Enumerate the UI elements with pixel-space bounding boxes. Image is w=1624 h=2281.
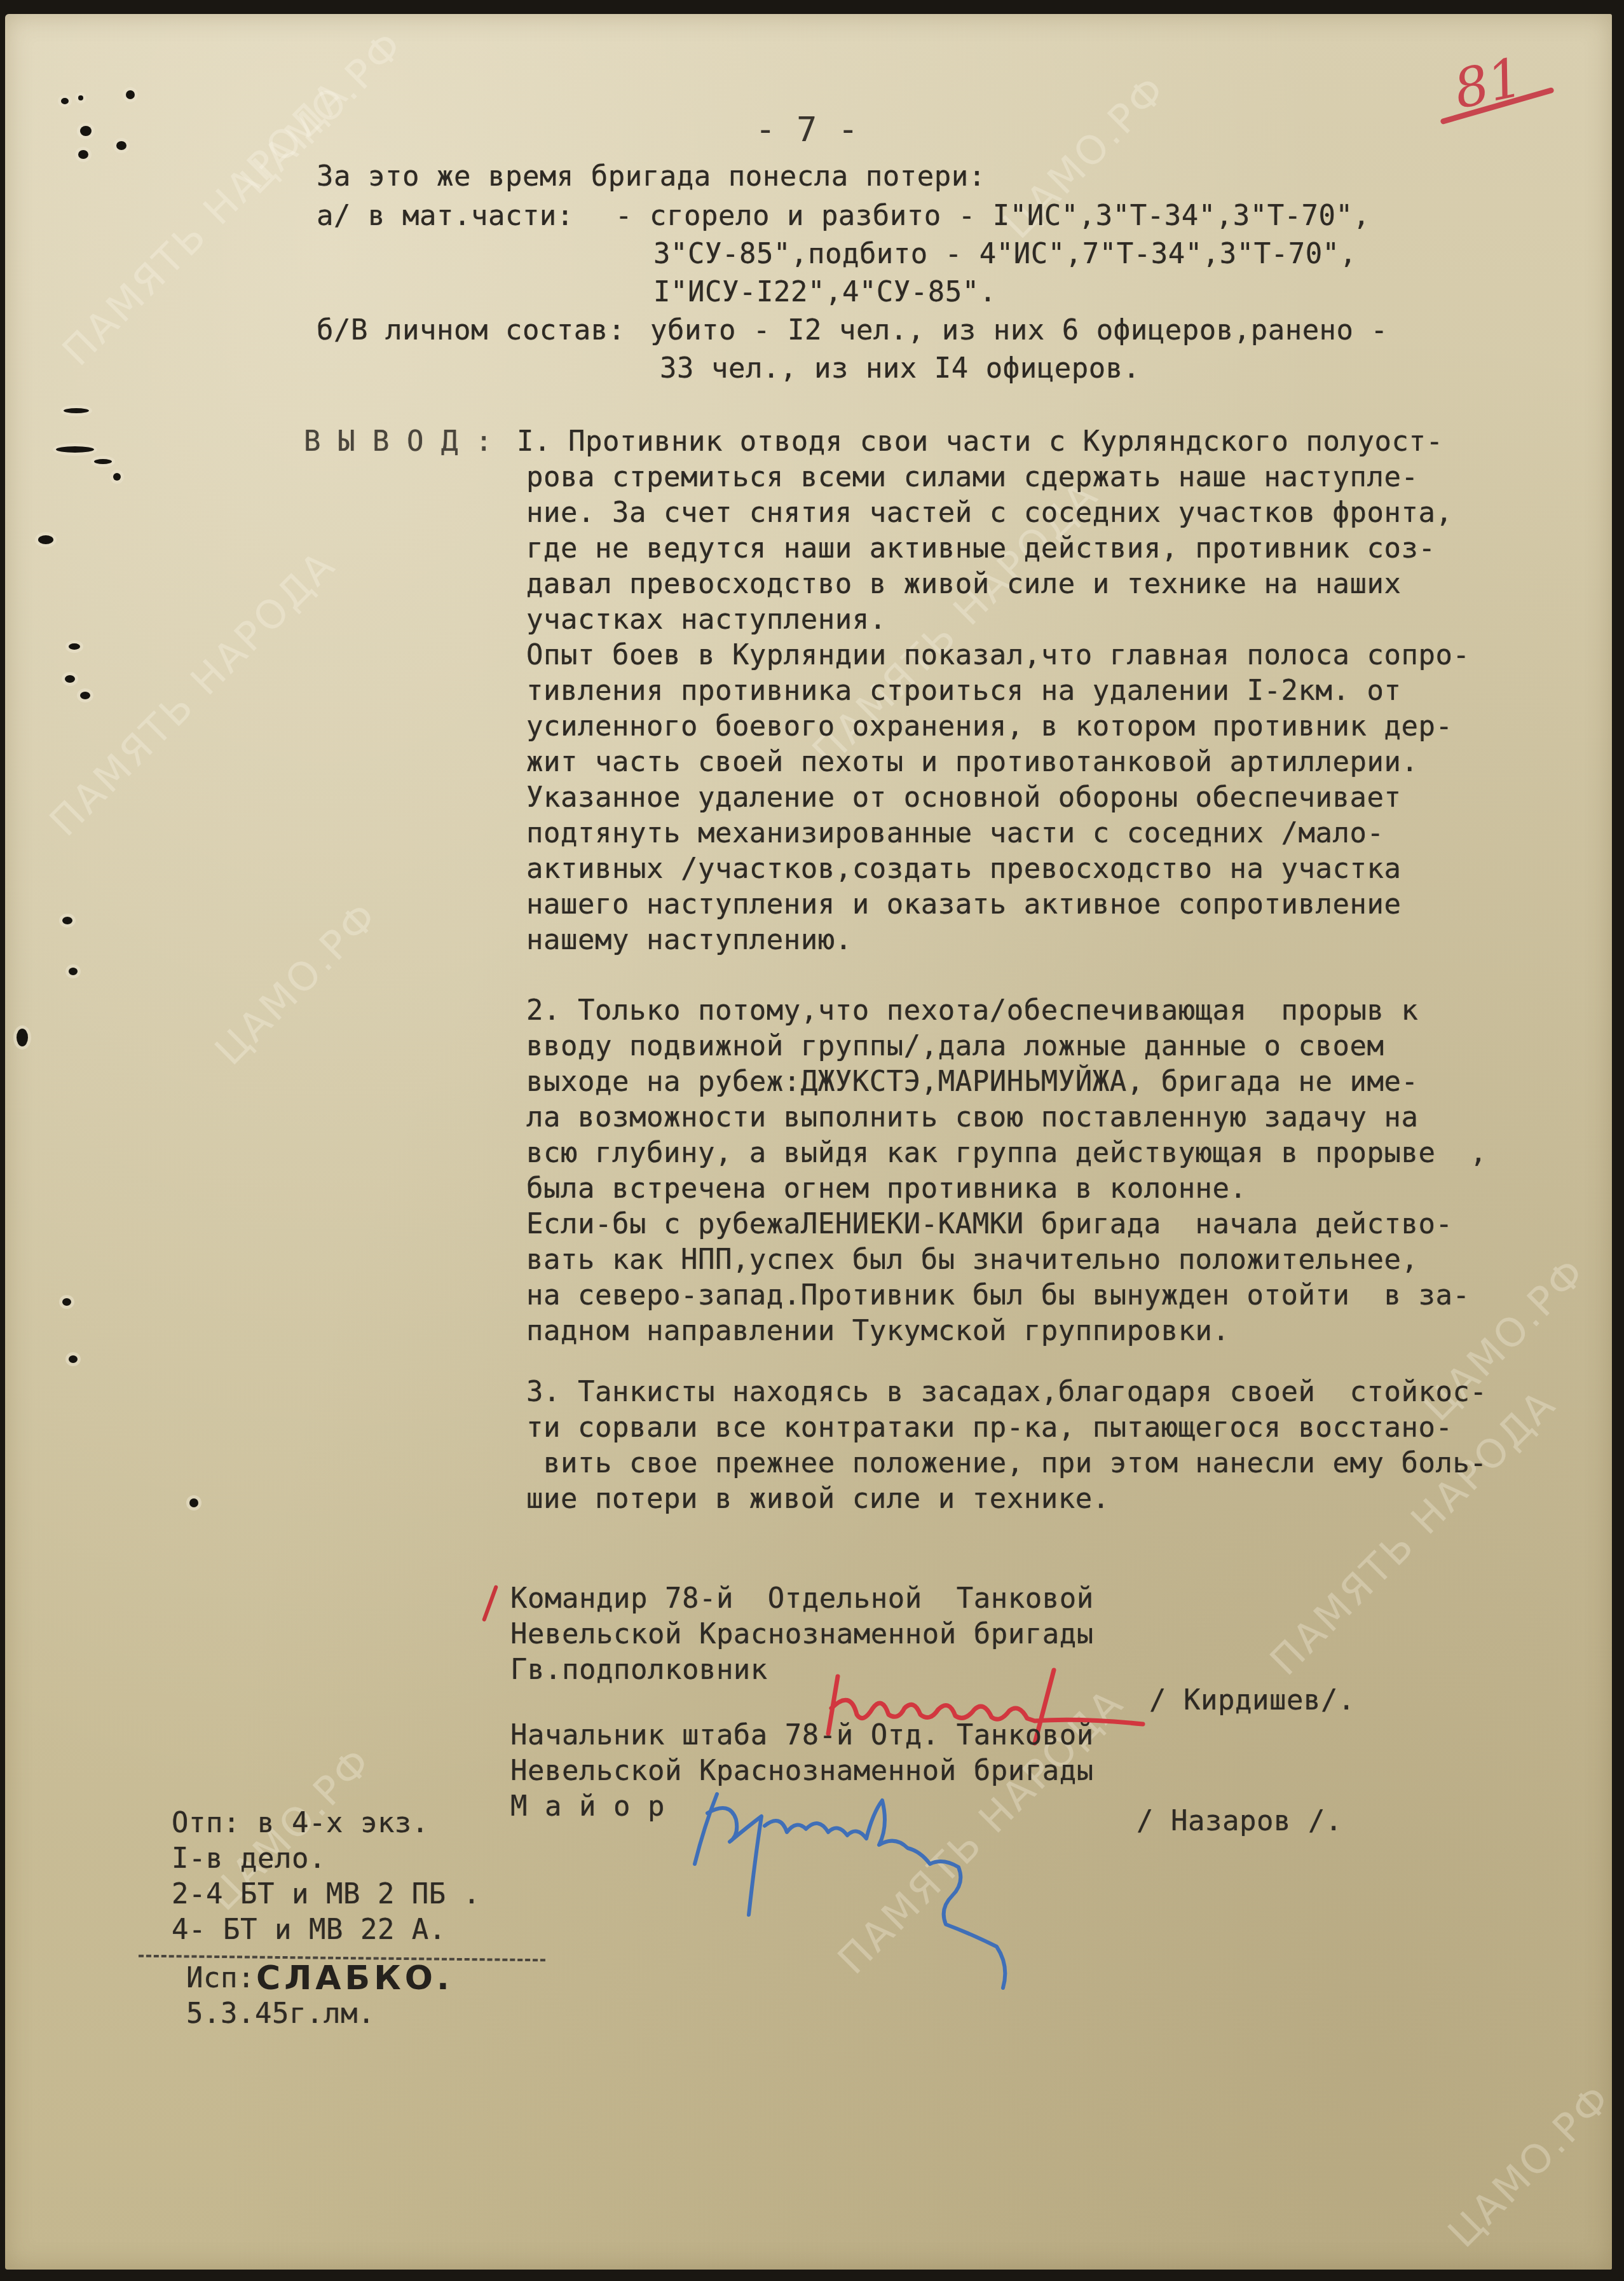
losses-personnel-line: 33 чел., из них I4 офицеров. — [660, 351, 1140, 387]
losses-material-line: 3"СУ-85",подбито - 4"ИС",7"Т-34",3"Т-70"… — [653, 236, 1357, 272]
watermark-tsamo: ЦАМО.РФ — [1442, 2078, 1618, 2254]
watermark-tsamo: ЦАМО.РФ — [208, 895, 385, 1072]
binding-hole — [80, 126, 92, 136]
binding-hole — [116, 141, 126, 150]
text-line: ла возможности выполнить свою поставленн… — [526, 1100, 1487, 1135]
text-line: на северо-запад.Противник был бы вынужде… — [526, 1278, 1487, 1313]
distribution-list: Отп: в 4-х экз. I-в дело. 2-4 БТ и МВ 2 … — [172, 1805, 481, 1948]
binding-hole — [69, 968, 78, 975]
binding-hole — [69, 1355, 78, 1363]
commander-title-line: Невельской Краснознаменной бригады — [510, 1617, 1094, 1652]
executor-label: Исп: — [186, 1961, 255, 1996]
conclusion-point-2: 2. Только потому,что пехота/обеспечивающ… — [526, 993, 1487, 1349]
text-line: подтянуть механизированные части с сосед… — [526, 816, 1470, 851]
document-date: 5.3.45г.лм. — [186, 1996, 375, 2032]
text-line: 3. Танкисты находясь в засадах,благодаря… — [526, 1374, 1487, 1410]
binding-hole — [126, 90, 135, 99]
chief-of-staff-name: / Назаров /. — [1136, 1804, 1342, 1839]
text-line: давал превосходство в живой силе и техни… — [526, 566, 1470, 602]
binding-hole — [61, 98, 69, 104]
binding-hole — [38, 535, 53, 544]
binding-hole — [69, 643, 80, 650]
executor-name-stamp: СЛАБКО. — [256, 1959, 453, 1997]
distribution-line: I-в дело. — [172, 1841, 481, 1877]
document-page: ПАМЯТЬ НАРОДА ЦАМО.РФ ЦАМО.РФ ПАМЯТЬ НАР… — [5, 14, 1612, 2270]
binding-hole — [189, 1498, 198, 1507]
text-line: падном направлении Тукумской группировки… — [526, 1313, 1487, 1349]
losses-material-line: - сгорело и разбито - I"ИС",3"Т-34",3"Т-… — [615, 198, 1370, 234]
text-line: жит часть своей пехоты и противотанковой… — [526, 744, 1470, 780]
conclusion-heading: В Ы В О Д : — [304, 424, 493, 460]
text-line: где не ведутся наши активные действия, п… — [526, 531, 1470, 566]
distribution-line: 4- БТ и МВ 22 А. — [172, 1912, 481, 1948]
losses-material-label: а/ в мат.части: — [317, 198, 574, 234]
text-line: активных /участков,создать превосходство… — [526, 851, 1470, 887]
losses-intro: За это же время бригада понесла потери: — [317, 159, 986, 195]
binding-hole — [113, 473, 121, 481]
text-line: Если-бы с рубежаЛЕНИЕКИ-КАМКИ бригада на… — [526, 1207, 1487, 1242]
text-line: I. Противник отводя свои части с Курлянд… — [517, 424, 1460, 460]
text-line: вать как НПП,успех был бы значительно по… — [526, 1242, 1487, 1278]
binding-hole — [17, 1029, 28, 1046]
binding-hole — [64, 408, 89, 413]
text-line: ние. За счет снятия частей с соседних уч… — [526, 495, 1470, 531]
text-line: Опыт боев в Курляндии показал,что главна… — [526, 638, 1470, 673]
chief-title-line: Невельской Краснознаменной бригады — [510, 1753, 1094, 1789]
red-pencil-tick — [482, 1585, 498, 1622]
conclusion-point-3: 3. Танкисты находясь в засадах,благодаря… — [526, 1374, 1487, 1517]
text-line: шие потери в живой силе и технике. — [526, 1481, 1487, 1517]
distribution-line: Отп: в 4-х экз. — [172, 1805, 481, 1841]
losses-personnel-line: убито - I2 чел., из них 6 офицеров,ранен… — [650, 313, 1388, 348]
text-line: выходе на рубеж:ДЖУКСТЭ,МАРИНЬМУЙЖА, бри… — [526, 1064, 1487, 1100]
text-line: Указанное удаление от основной обороны о… — [526, 780, 1470, 816]
binding-hole — [62, 917, 72, 924]
text-line: тивления противника строиться на удалени… — [526, 673, 1470, 709]
text-line: 2. Только потому,что пехота/обеспечивающ… — [526, 993, 1487, 1029]
binding-hole — [65, 675, 75, 683]
distribution-line: 2-4 БТ и МВ 2 ПБ . — [172, 1877, 481, 1912]
chief-title-line: Начальник штаба 78-й Отд. Танковой — [510, 1718, 1094, 1753]
binding-hole — [56, 446, 94, 453]
binding-hole — [62, 1298, 71, 1306]
text-line: была встречена огнем противника в колонн… — [526, 1171, 1487, 1207]
text-line: вводу подвижной группы/,дала ложные данн… — [526, 1029, 1487, 1064]
text-line: участках наступления. — [526, 602, 1470, 638]
text-line: ти сорвали все контратаки пр-ка, пытающе… — [526, 1410, 1487, 1446]
commander-name: / Кирдишев/. — [1149, 1683, 1355, 1718]
conclusion-point-1: I. Противник отводя свои части с Курлянд… — [526, 424, 1470, 958]
binding-hole — [78, 150, 88, 159]
text-line: всю глубину, а выйдя как группа действую… — [526, 1135, 1487, 1171]
chief-of-staff-handwritten-signature — [692, 1788, 1136, 1991]
text-line: усиленного боевого охранения, в котором … — [526, 709, 1470, 744]
binding-hole — [80, 692, 90, 699]
losses-personnel-label: б/В личном состав: — [317, 313, 625, 348]
page-number: - 7 - — [755, 109, 859, 149]
text-line: нашему наступлению. — [526, 922, 1470, 958]
text-line: вить свое прежнее положение, при этом на… — [526, 1446, 1487, 1481]
commander-title-line: Командир 78-й Отдельной Танковой — [510, 1581, 1094, 1617]
binding-hole — [94, 459, 112, 464]
text-line: рова стремиться всеми силами сдержать на… — [526, 460, 1470, 495]
losses-material-line: I"ИСУ-I22",4"СУ-85". — [653, 275, 997, 310]
binding-hole — [78, 95, 83, 100]
text-line: нашего наступления и оказать активное со… — [526, 887, 1470, 922]
